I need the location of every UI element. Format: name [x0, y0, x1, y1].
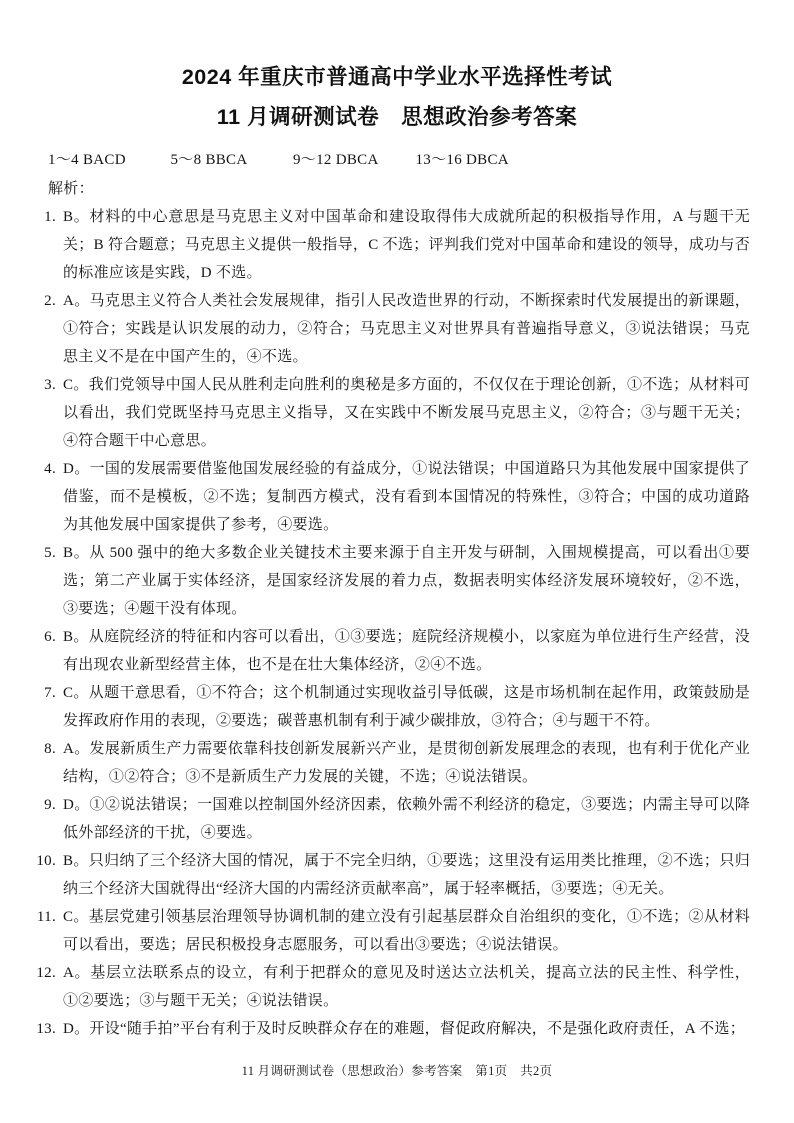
- item-text: B。材料的中心意思是马克思主义对中国革命和建设取得伟大成就所起的积极指导作用，A…: [63, 203, 750, 287]
- item-text: D。一国的发展需要借鉴他国发展经验的有益成分，①说法错误；中国道路只为其他发展中…: [63, 455, 750, 539]
- item-number: 11.: [36, 903, 63, 959]
- page-subtitle: 11 月调研测试卷 思想政治参考答案: [44, 102, 750, 132]
- item-number: 2.: [36, 287, 63, 371]
- item-number: 1.: [36, 203, 63, 287]
- item-text: C。从题干意思看，①不符合；这个机制通过实现收益引导低碳，这是市场机制在起作用，…: [63, 679, 750, 735]
- item-text: B。从 500 强中的绝大多数企业关键技术主要来源于自主开发与研制，入围规模提高…: [63, 539, 750, 623]
- explanation-item-3: 3. C。我们党领导中国人民从胜利走向胜利的奥秘是多方面的，不仅仅在于理论创新，…: [44, 371, 750, 455]
- explanation-item-4: 4. D。一国的发展需要借鉴他国发展经验的有益成分，①说法错误；中国道路只为其他…: [44, 455, 750, 539]
- item-text: D。开设“随手拍”平台有利于及时反映群众存在的难题，督促政府解决，不是强化政府责…: [63, 1015, 750, 1043]
- item-number: 13.: [36, 1015, 63, 1043]
- explanation-item-9: 9. D。①②说法错误；一国难以控制国外经济因素，依赖外需不利经济的稳定，③要选…: [44, 791, 750, 847]
- exam-answer-page: 2024 年重庆市普通高中学业水平选择性考试 11 月调研测试卷 思想政治参考答…: [0, 0, 794, 1123]
- item-number: 3.: [36, 371, 63, 455]
- item-number: 6.: [36, 623, 63, 679]
- explanation-item-8: 8. A。发展新质生产力需要依靠科技创新发展新兴产业，是贯彻创新发展理念的表现，…: [44, 735, 750, 791]
- explanation-item-6: 6. B。从庭院经济的特征和内容可以看出，①③要选；庭院经济规模小，以家庭为单位…: [44, 623, 750, 679]
- item-text: A。基层立法联系点的设立，有利于把群众的意见及时送达立法机关，提高立法的民主性、…: [63, 959, 750, 1015]
- item-number: 12.: [36, 959, 63, 1015]
- item-number: 9.: [36, 791, 63, 847]
- item-number: 7.: [36, 679, 63, 735]
- item-text: A。发展新质生产力需要依靠科技创新发展新兴产业，是贯彻创新发展理念的表现，也有利…: [63, 735, 750, 791]
- item-text: B。只归纳了三个经济大国的情况，属于不完全归纳，①要选；这里没有运用类比推理，②…: [63, 847, 750, 903]
- explanation-item-10: 10. B。只归纳了三个经济大国的情况，属于不完全归纳，①要选；这里没有运用类比…: [44, 847, 750, 903]
- item-text: C。我们党领导中国人民从胜利走向胜利的奥秘是多方面的，不仅仅在于理论创新，①不选…: [63, 371, 750, 455]
- explanation-item-12: 12. A。基层立法联系点的设立，有利于把群众的意见及时送达立法机关，提高立法的…: [44, 959, 750, 1015]
- item-text: C。基层党建引领基层治理领导协调机制的建立没有引起基层群众自治组织的变化，①不选…: [63, 903, 750, 959]
- page-footer: 11 月调研测试卷（思想政治）参考答案 第1页 共2页: [0, 1061, 794, 1079]
- explanation-item-2: 2. A。马克思主义符合人类社会发展规律，指引人民改造世界的行动，不断探索时代发…: [44, 287, 750, 371]
- answer-key-group-13-16: 13～16 DBCA: [416, 149, 509, 171]
- answer-key-group-5-8: 5～8 BBCA: [171, 149, 294, 171]
- item-number: 8.: [36, 735, 63, 791]
- explanation-item-13: 13. D。开设“随手拍”平台有利于及时反映群众存在的难题，督促政府解决，不是强…: [44, 1015, 750, 1043]
- explanation-item-5: 5. B。从 500 强中的绝大多数企业关键技术主要来源于自主开发与研制，入围规…: [44, 539, 750, 623]
- item-number: 5.: [36, 539, 63, 623]
- item-text: B。从庭院经济的特征和内容可以看出，①③要选；庭院经济规模小，以家庭为单位进行生…: [63, 623, 750, 679]
- answer-key-group-1-4: 1～4 BACD: [48, 149, 171, 171]
- answer-key-row: 1～4 BACD 5～8 BBCA 9～12 DBCA 13～16 DBCA: [44, 149, 750, 171]
- explanation-item-1: 1. B。材料的中心意思是马克思主义对中国革命和建设取得伟大成就所起的积极指导作…: [44, 203, 750, 287]
- explanation-item-7: 7. C。从题干意思看，①不符合；这个机制通过实现收益引导低碳，这是市场机制在起…: [44, 679, 750, 735]
- analysis-label: 解析：: [44, 175, 750, 203]
- item-number: 4.: [36, 455, 63, 539]
- page-title: 2024 年重庆市普通高中学业水平选择性考试: [44, 62, 750, 92]
- explanation-list: 1. B。材料的中心意思是马克思主义对中国革命和建设取得伟大成就所起的积极指导作…: [44, 203, 750, 1043]
- answer-key-group-9-12: 9～12 DBCA: [293, 149, 416, 171]
- item-text: A。马克思主义符合人类社会发展规律，指引人民改造世界的行动，不断探索时代发展提出…: [63, 287, 750, 371]
- item-number: 10.: [36, 847, 63, 903]
- explanation-item-11: 11. C。基层党建引领基层治理领导协调机制的建立没有引起基层群众自治组织的变化…: [44, 903, 750, 959]
- item-text: D。①②说法错误；一国难以控制国外经济因素，依赖外需不利经济的稳定，③要选；内需…: [63, 791, 750, 847]
